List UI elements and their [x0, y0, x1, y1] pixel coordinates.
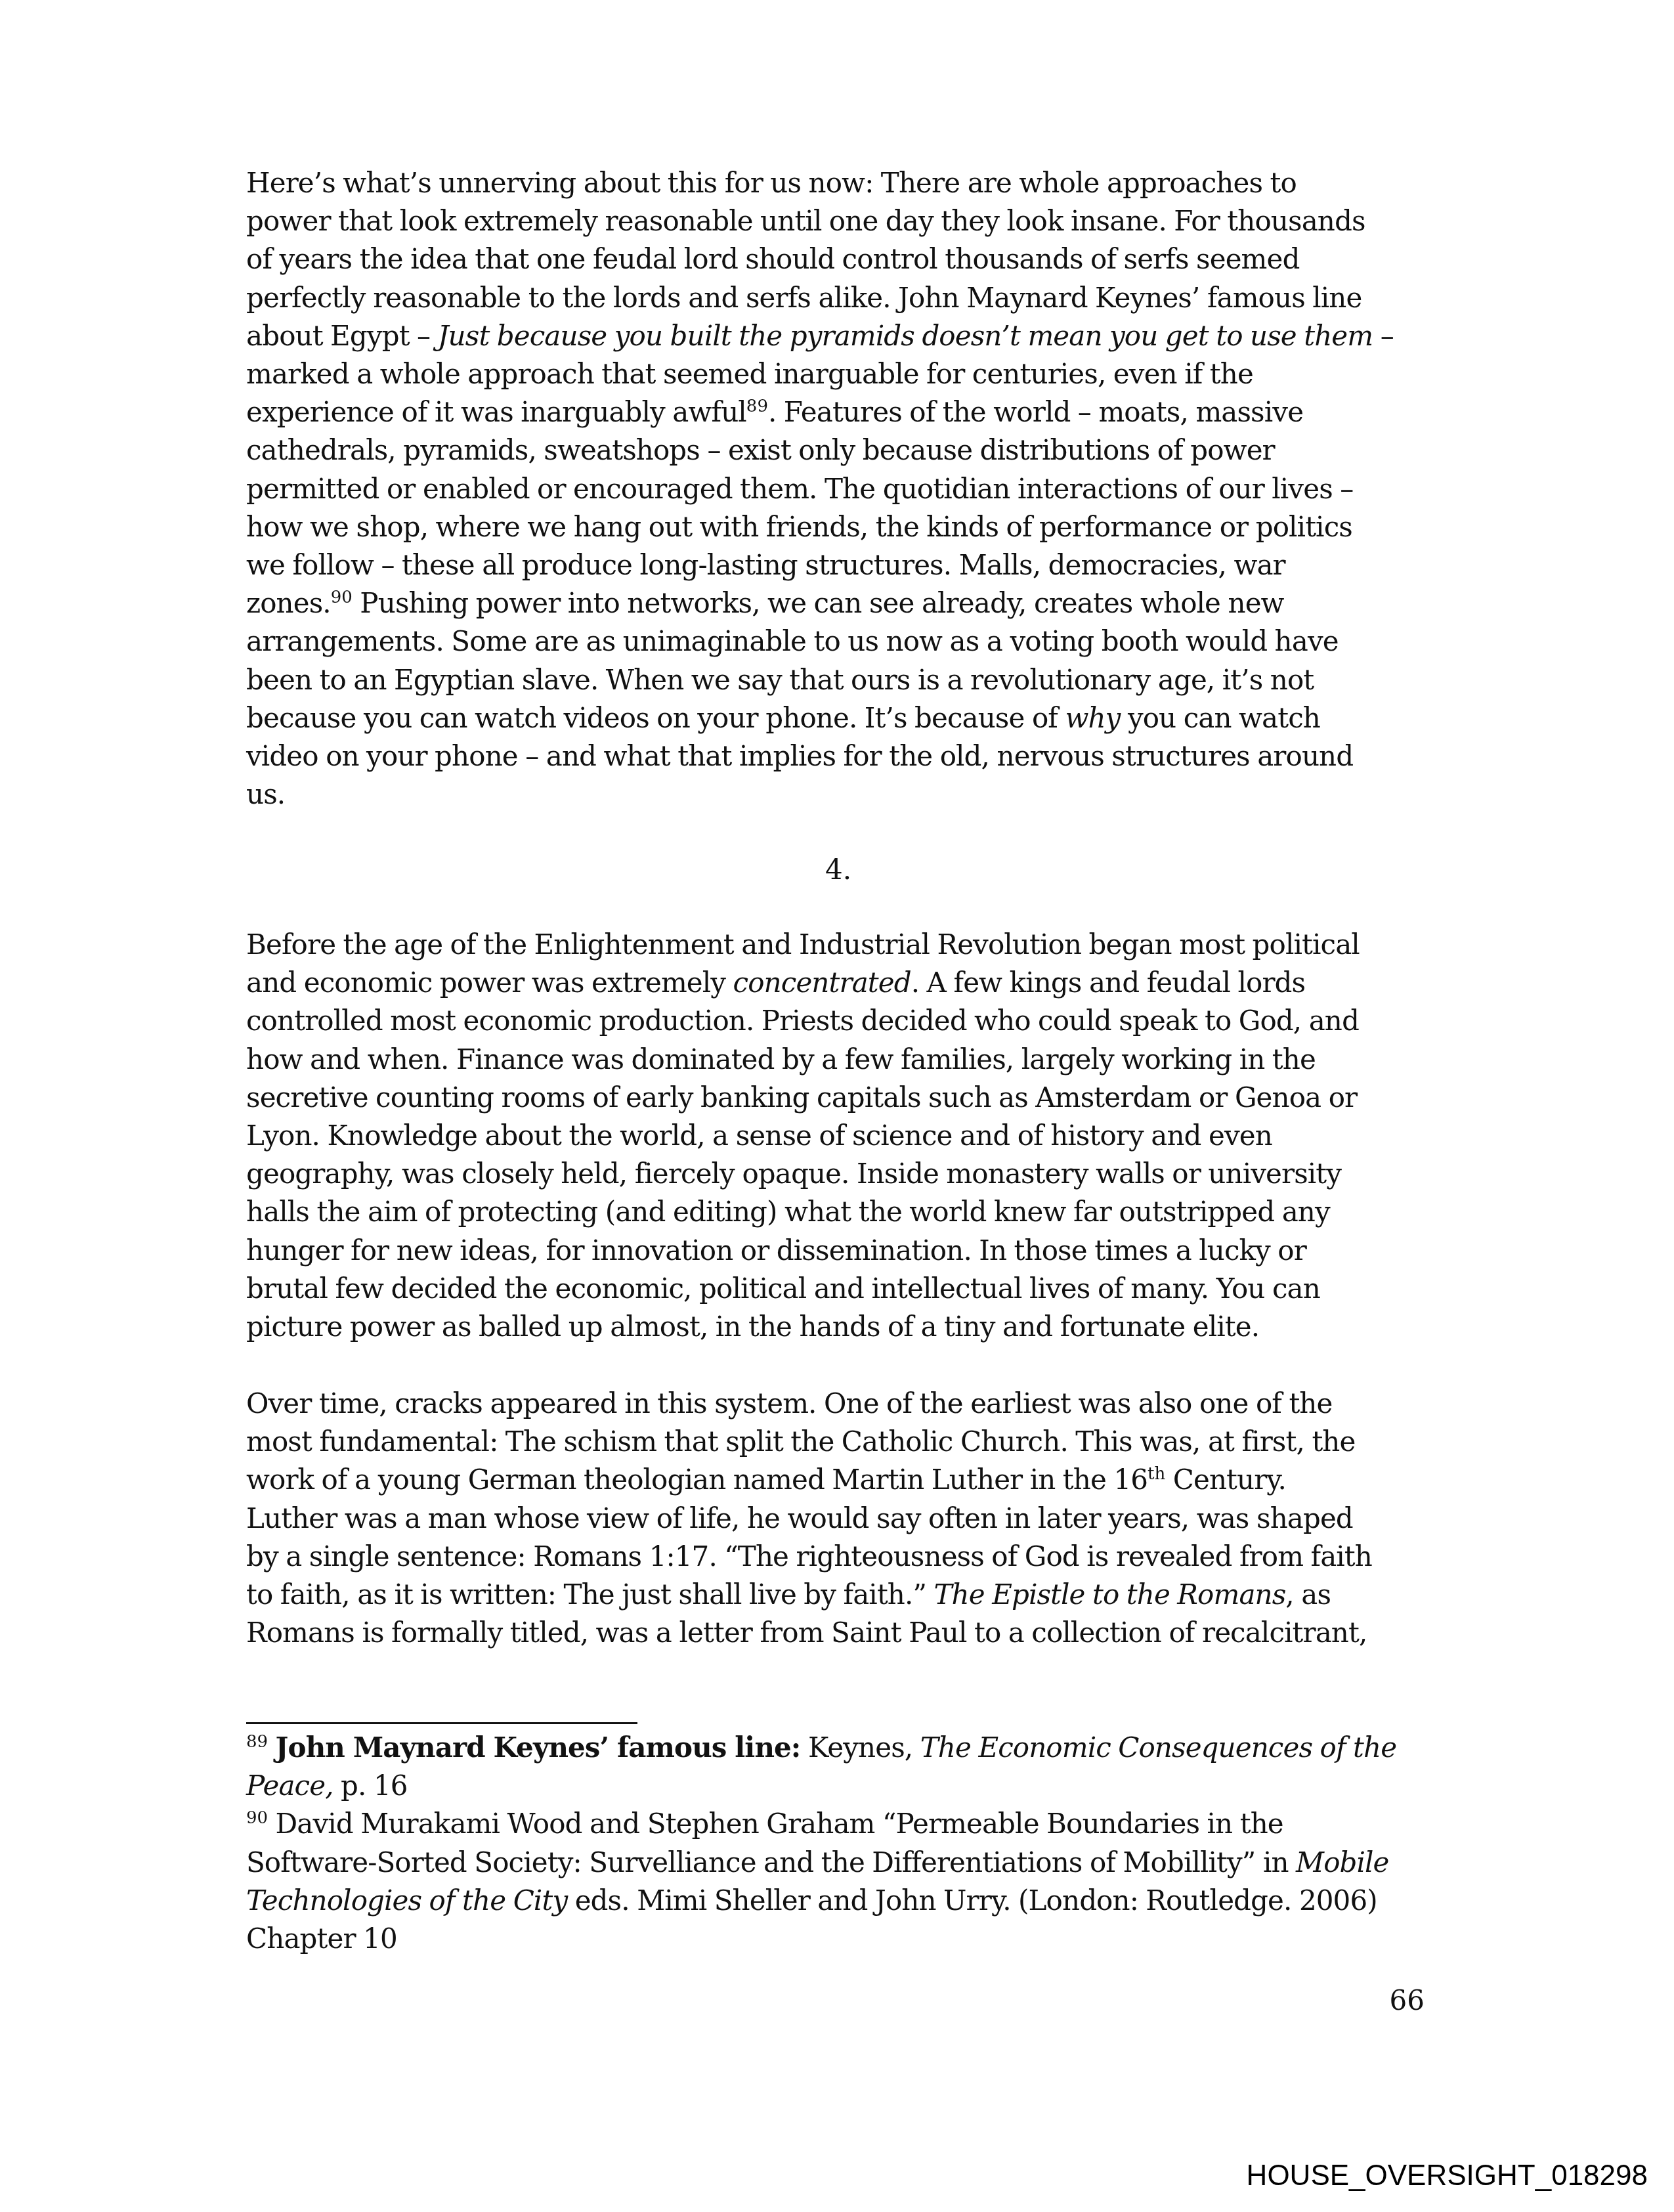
- text-line: how we shop, where we hang out with frie…: [246, 508, 1421, 546]
- text-line: experience of it was inarguably awful89.…: [246, 393, 1421, 431]
- text-run: about Egypt –: [246, 320, 438, 352]
- text-line: because you can watch videos on your pho…: [246, 699, 1421, 737]
- text-run: , as: [1285, 1578, 1331, 1611]
- footnote-90-cont: Software-Sorted Society: Survelliance an…: [246, 1844, 1421, 1882]
- text-line: secretive counting rooms of early bankin…: [246, 1079, 1421, 1117]
- footnote-90-cont: Chapter 10: [246, 1920, 1421, 1958]
- keynes-quote: Just because you built the pyramids does…: [438, 320, 1373, 352]
- text-line: Lyon. Knowledge about the world, a sense…: [246, 1117, 1421, 1155]
- document-page: Here’s what’s unnerving about this for u…: [0, 0, 1674, 2212]
- text-run: . Features of the world – moats, massive: [768, 396, 1303, 428]
- text-line: Romans is formally titled, was a letter …: [246, 1614, 1421, 1652]
- footnote-ref-89[interactable]: 89: [746, 397, 768, 416]
- text-run: experience of it was inarguably awful: [246, 396, 746, 428]
- section-number: 4.: [825, 851, 851, 889]
- footnote-number: 89: [246, 1732, 268, 1752]
- text-line: video on your phone – and what that impl…: [246, 737, 1421, 775]
- text-run: David Murakami Wood and Stephen Graham “…: [268, 1808, 1283, 1840]
- text-run: –: [1373, 320, 1394, 352]
- text-run: zones.: [246, 587, 331, 619]
- text-line: we follow – these all produce long-lasti…: [246, 546, 1421, 584]
- paragraph-2: Before the age of the Enlightenment and …: [246, 926, 1421, 1346]
- text-line: hunger for new ideas, for innovation or …: [246, 1232, 1421, 1270]
- footnote-number: 90: [246, 1808, 268, 1828]
- text-line: by a single sentence: Romans 1:17. “The …: [246, 1538, 1421, 1576]
- text-line: us.: [246, 775, 1421, 813]
- text-run: because you can watch videos on your pho…: [246, 702, 1065, 734]
- text-line: been to an Egyptian slave. When we say t…: [246, 661, 1421, 699]
- book-title: Peace,: [246, 1769, 333, 1802]
- text-line: picture power as balled up almost, in th…: [246, 1308, 1421, 1346]
- footnote-ref-90[interactable]: 90: [331, 588, 353, 607]
- text-line: Here’s what’s unnerving about this for u…: [246, 164, 1421, 202]
- text-line: about Egypt – Just because you built the…: [246, 317, 1421, 355]
- text-run: and economic power was extremely: [246, 966, 733, 999]
- text-line: perfectly reasonable to the lords and se…: [246, 279, 1421, 317]
- section-heading: 4.: [0, 851, 1674, 889]
- text-line: most fundamental: The schism that split …: [246, 1423, 1421, 1461]
- text-line: arrangements. Some are as unimaginable t…: [246, 622, 1421, 661]
- text-run: eds. Mimi Sheller and John Urry. (London…: [567, 1884, 1377, 1917]
- text-run: Pushing power into networks, we can see …: [353, 587, 1284, 619]
- footnote-90-cont: Technologies of the City eds. Mimi Shell…: [246, 1882, 1421, 1920]
- text-line: to faith, as it is written: The just sha…: [246, 1576, 1421, 1614]
- text-line: Luther was a man whose view of life, he …: [246, 1500, 1421, 1538]
- text-line: Over time, cracks appeared in this syste…: [246, 1385, 1421, 1423]
- text-line: of years the idea that one feudal lord s…: [246, 240, 1421, 278]
- paragraph-1: Here’s what’s unnerving about this for u…: [246, 164, 1421, 813]
- footnote-89: 89 John Maynard Keynes’ famous line: Key…: [246, 1729, 1421, 1767]
- text-run: Century.: [1165, 1464, 1286, 1496]
- text-line: geography, was closely held, fiercely op…: [246, 1155, 1421, 1193]
- text-line: halls the aim of protecting (and editing…: [246, 1193, 1421, 1231]
- text-line: work of a young German theologian named …: [246, 1461, 1421, 1499]
- paragraph-3: Over time, cracks appeared in this syste…: [246, 1385, 1421, 1652]
- emphasis-concentrated: concentrated: [733, 966, 911, 999]
- text-line: permitted or enabled or encouraged them.…: [246, 470, 1421, 508]
- text-run: Software-Sorted Society: Survelliance an…: [246, 1846, 1296, 1878]
- text-line: Before the age of the Enlightenment and …: [246, 926, 1421, 964]
- book-title: The Economic Consequences of the: [920, 1731, 1396, 1764]
- footnotes: 89 John Maynard Keynes’ famous line: Key…: [246, 1729, 1421, 1958]
- text-line: power that look extremely reasonable unt…: [246, 202, 1421, 240]
- footnote-89-cont: Peace, p. 16: [246, 1767, 1421, 1805]
- page-number: 66: [1365, 1982, 1425, 2020]
- text-run: to faith, as it is written: The just sha…: [246, 1578, 934, 1611]
- book-title: Mobile: [1296, 1846, 1389, 1878]
- bates-stamp: HOUSE_OVERSIGHT_018298: [1129, 2158, 1648, 2194]
- text-run: you can watch: [1120, 702, 1320, 734]
- text-line: cathedrals, pyramids, sweatshops – exist…: [246, 431, 1421, 469]
- text-line: marked a whole approach that seemed inar…: [246, 355, 1421, 393]
- text-line: and economic power was extremely concent…: [246, 964, 1421, 1002]
- emphasis-why: why: [1065, 702, 1120, 734]
- book-title-romans: The Epistle to the Romans: [934, 1578, 1286, 1611]
- text-run: work of a young German theologian named …: [246, 1464, 1148, 1496]
- text-run: Keynes,: [800, 1731, 920, 1764]
- footnote-label: John Maynard Keynes’ famous line:: [276, 1731, 801, 1764]
- ordinal-suffix: th: [1148, 1464, 1165, 1484]
- text-line: controlled most economic production. Pri…: [246, 1002, 1421, 1040]
- text-line: zones.90 Pushing power into networks, we…: [246, 584, 1421, 622]
- text-line: brutal few decided the economic, politic…: [246, 1270, 1421, 1308]
- text-run: . A few kings and feudal lords: [911, 966, 1306, 999]
- book-title: Technologies of the City: [246, 1884, 567, 1917]
- footnote-separator: [246, 1722, 637, 1724]
- text-line: how and when. Finance was dominated by a…: [246, 1041, 1421, 1079]
- text-run: p. 16: [333, 1769, 408, 1802]
- footnote-90: 90 David Murakami Wood and Stephen Graha…: [246, 1805, 1421, 1843]
